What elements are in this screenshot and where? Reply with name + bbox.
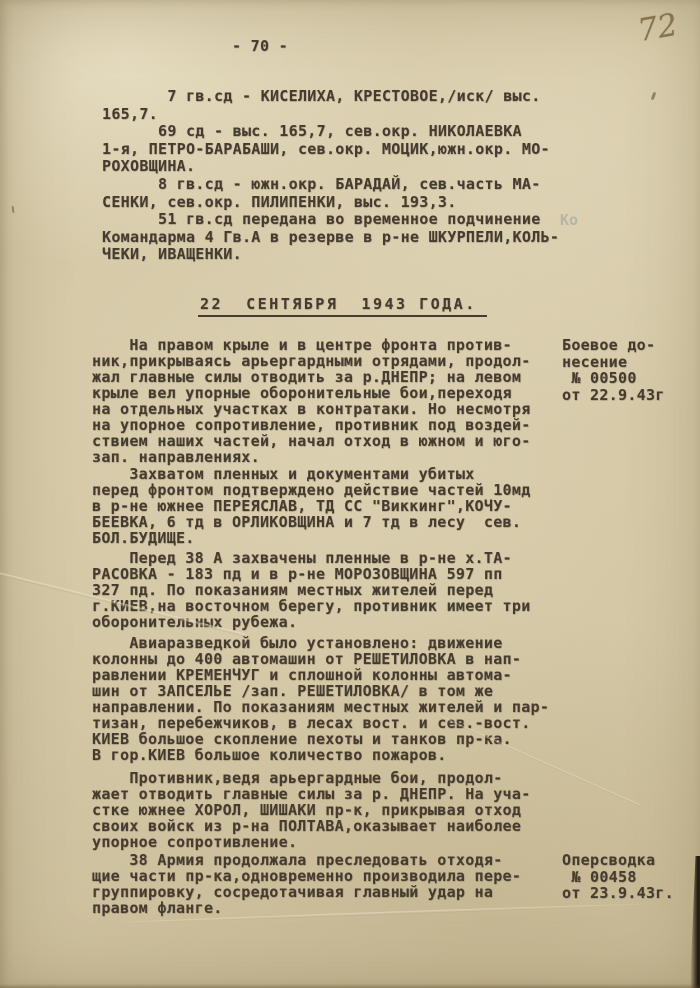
- entry-prisoners-documents: Захватом пленных и документами убитых пе…: [92, 466, 582, 546]
- ink-speck: [651, 92, 657, 101]
- paragraph-51gv-sd: 51 гв.сд передана во временное подчинени…: [102, 211, 559, 264]
- ink-speck: [12, 206, 15, 213]
- paragraph-8gv-sd: 8 гв.сд - южн.окр. БАРАДАЙ, сев.часть МА…: [102, 176, 541, 211]
- entry-front-overview: На правом крыле и в центре фронта против…: [92, 337, 582, 465]
- margin-note-opersvodka: Оперсводка № 00458 от 23.9.43г.: [562, 852, 694, 902]
- margin-note-combat-report: Боевое до- несение № 00500 от 22.9.43г: [562, 337, 694, 403]
- scan-bottom-shadow: [0, 984, 700, 988]
- paragraph-69-sd: 69 сд - выс. 165,7, сев.окр. НИКОЛАЕВКА …: [102, 123, 550, 176]
- document-scan-page: - 70 - 72 7 гв.сд - КИСЕЛИХА, КРЕСТОВОЕ,…: [0, 0, 700, 988]
- entry-air-reconnaissance: Авиаразведкой было установлено: движение…: [92, 635, 582, 763]
- paragraph-7gv-sd: 7 гв.сд - КИСЕЛИХА, КРЕСТОВОЕ,/иск/ выс.…: [102, 88, 541, 123]
- entry-enemy-rearguard: Противник,ведя арьергардные бои, продол-…: [92, 770, 582, 850]
- handwritten-page-number: 72: [635, 7, 680, 49]
- entry-38a-prisoners: Перед 38 А захвачены пленные в р-не х.ТА…: [92, 550, 582, 630]
- entry-38-army-pursuit: 38 Армия продолжала преследовать отходя-…: [92, 852, 582, 916]
- printed-page-number: - 70 -: [232, 38, 288, 54]
- faint-offset-text: Ко: [560, 211, 578, 229]
- date-heading: 22 СЕНТЯБРЯ 1943 ГОДА.: [198, 296, 487, 317]
